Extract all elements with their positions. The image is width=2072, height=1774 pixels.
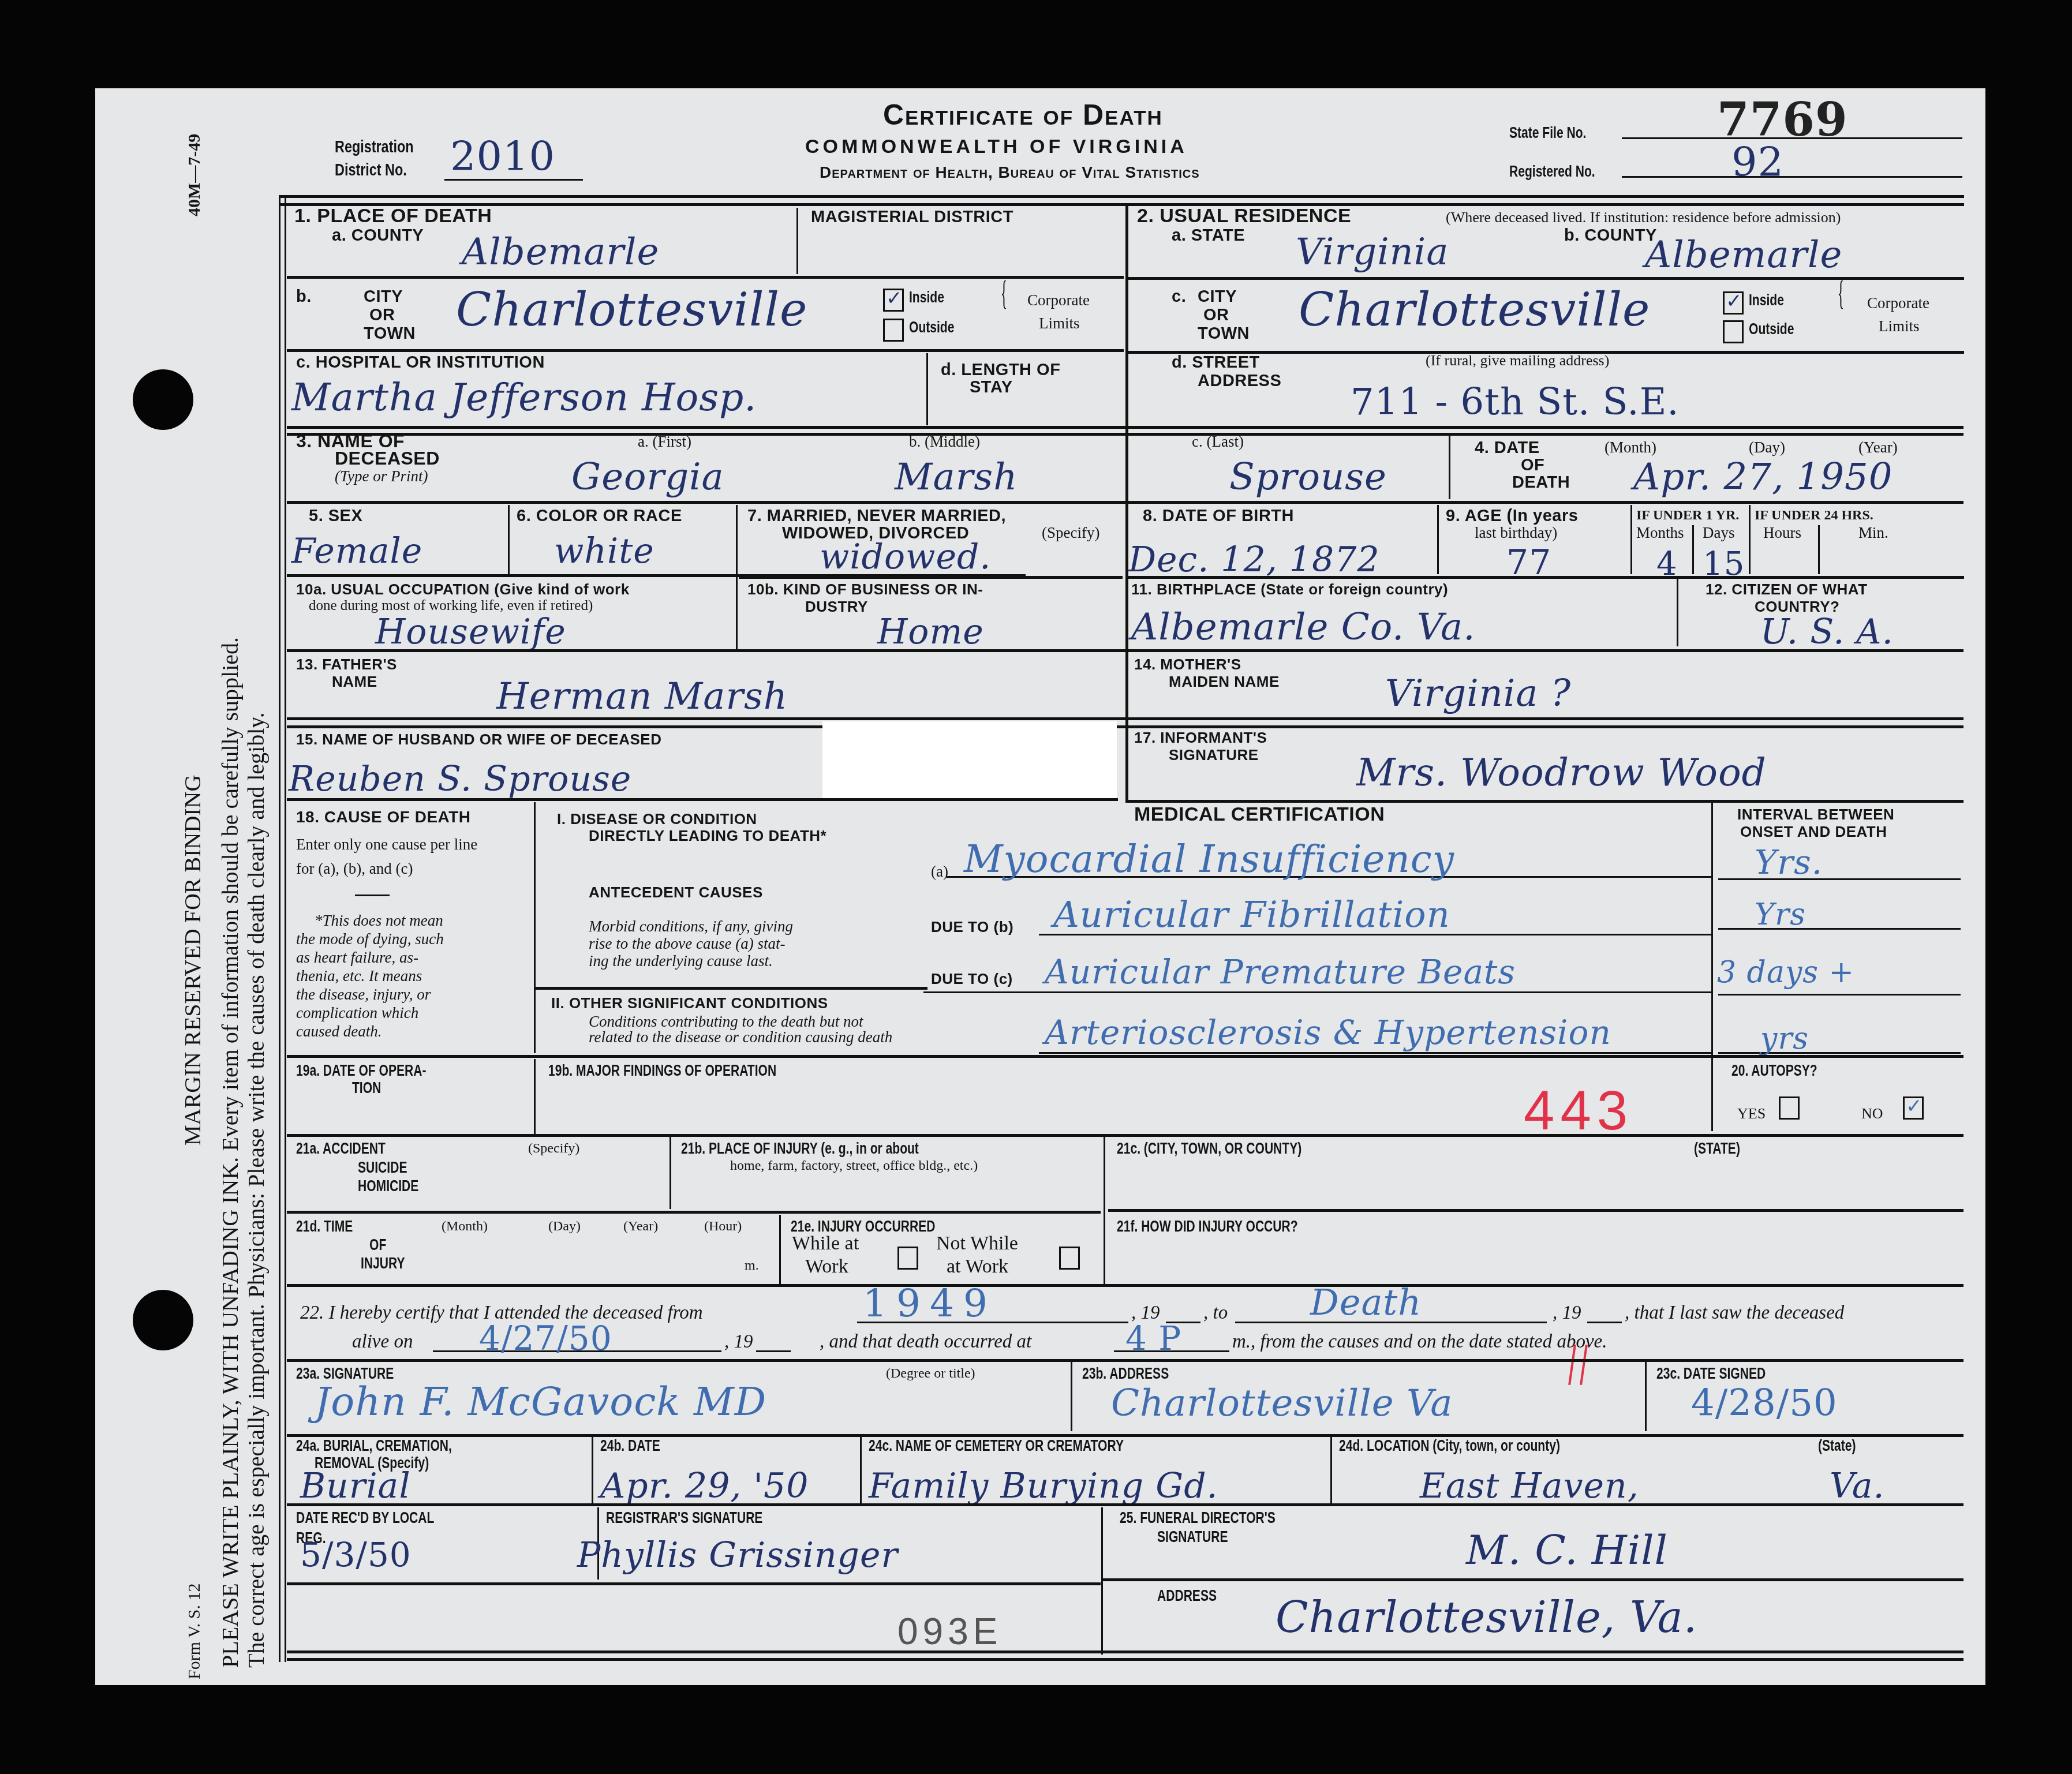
residence-outside-checkbox[interactable] xyxy=(1723,320,1744,343)
rule xyxy=(287,717,1963,720)
registration-label: Registration xyxy=(335,139,414,156)
brace: { xyxy=(1838,284,1845,301)
morbid-note: rise to the above cause (a) stat- xyxy=(589,935,785,952)
attended-to: Death xyxy=(1310,1281,1422,1323)
top-rule xyxy=(279,195,1964,198)
town-label: TOWN xyxy=(364,324,416,343)
first-name: Georgia xyxy=(571,456,724,499)
autopsy-yes-label: YES xyxy=(1737,1105,1766,1122)
burial-date: Apr. 29, '50 xyxy=(600,1466,809,1506)
medical-certification-heading: MEDICAL CERTIFICATION xyxy=(1134,805,1385,824)
other-conditions-label: II. OTHER SIGNIFICANT CONDITIONS xyxy=(551,994,828,1012)
informant-label: 17. INFORMANT'S xyxy=(1134,728,1267,747)
suicide-label: SUICIDE xyxy=(358,1159,407,1176)
underline xyxy=(1622,176,1962,178)
mother-maiden-name: Virginia ? xyxy=(1385,672,1571,715)
date-of-birth: Dec. 12, 1872 xyxy=(1128,540,1380,580)
year-label: (Year) xyxy=(623,1218,658,1235)
inside-checkbox[interactable]: ✓ xyxy=(883,289,904,312)
burial-state-label: (State) xyxy=(1818,1437,1856,1454)
divider xyxy=(1437,505,1439,574)
district-no-label: District No. xyxy=(335,162,407,179)
instruction-line-1: PLEASE WRITE PLAINLY, WITH UNFADING INK.… xyxy=(216,637,244,1668)
registrar-code: 093E xyxy=(897,1610,1002,1653)
divider xyxy=(534,802,536,1053)
last-saw-text: , that I last saw the deceased xyxy=(1625,1304,1844,1322)
divider xyxy=(1104,1137,1105,1284)
sex-label: 5. SEX xyxy=(309,507,362,525)
middle-name: Marsh xyxy=(895,456,1018,499)
divider xyxy=(1818,525,1820,574)
punch-hole xyxy=(133,369,193,430)
operation-date-label: 19a. DATE OF OPERA- xyxy=(296,1062,426,1079)
rule xyxy=(1587,1322,1622,1323)
outside-checkbox[interactable] xyxy=(883,319,904,342)
city-label-c: c. xyxy=(1172,287,1186,306)
day-label: (Day) xyxy=(548,1218,581,1235)
registrar-signature-label: REGISTRAR'S SIGNATURE xyxy=(606,1509,762,1526)
cause-of-death-label: 18. CAUSE OF DEATH xyxy=(296,808,471,826)
day-label: (Day) xyxy=(1749,439,1785,456)
spouse-name: Reuben S. Sprouse xyxy=(289,759,631,799)
date-received-label: DATE REC'D BY LOCAL xyxy=(296,1509,434,1526)
injury-state-label: (STATE) xyxy=(1694,1140,1740,1157)
while-at-work-checkbox[interactable] xyxy=(897,1247,918,1270)
outside-label: Outside xyxy=(909,319,954,336)
sex: Female xyxy=(291,531,422,571)
m-label: m. xyxy=(745,1257,759,1274)
divider xyxy=(796,208,798,274)
month-label: (Month) xyxy=(442,1218,488,1235)
funeral-director-signature: M. C. Hill xyxy=(1466,1526,1668,1574)
place-of-injury-label: 21b. PLACE OF INJURY (e. g., in or about xyxy=(681,1140,919,1157)
under-24-label: IF UNDER 24 HRS. xyxy=(1755,507,1873,524)
middle-name-label: b. (Middle) xyxy=(909,433,980,450)
antecedent-label: ANTECEDENT CAUSES xyxy=(589,883,763,901)
rule xyxy=(287,798,1118,801)
divider xyxy=(508,505,510,574)
father-name-label: NAME xyxy=(332,672,377,691)
rule xyxy=(756,1350,791,1352)
brace: { xyxy=(1001,284,1008,301)
not-while-label: Not While xyxy=(936,1235,1018,1252)
father-name: Herman Marsh xyxy=(496,675,788,718)
rule xyxy=(1102,1578,1963,1581)
date-received: 5/3/50 xyxy=(300,1535,412,1574)
marital-status: widowed. xyxy=(820,537,991,577)
morbid-note: Morbid conditions, if any, giving xyxy=(589,918,793,935)
months-label: Months xyxy=(1636,524,1684,541)
marital-label: 7. MARRIED, NEVER MARRIED, xyxy=(747,507,1006,525)
rule xyxy=(287,433,1963,436)
rule xyxy=(287,426,1963,429)
divider xyxy=(1749,505,1751,574)
first-name-label: a. (First) xyxy=(638,433,691,450)
funeral-signature-label: SIGNATURE xyxy=(1157,1528,1228,1545)
divider xyxy=(779,1215,781,1284)
time-of-injury-label: 21d. TIME xyxy=(296,1218,353,1235)
city-label: CITY xyxy=(1198,287,1237,306)
last-name: Sprouse xyxy=(1229,456,1387,499)
nineteen-text: , 19 xyxy=(724,1333,753,1350)
funeral-address-label: ADDRESS xyxy=(1157,1587,1217,1604)
death-label: DEATH xyxy=(1512,473,1570,492)
hospital-label: c. HOSPITAL OR INSTITUTION xyxy=(296,353,545,372)
cemetery-label: 24c. NAME OF CEMETERY OR CREMATORY xyxy=(869,1437,1124,1454)
specify-label: (Specify) xyxy=(1042,524,1099,541)
autopsy-yes-checkbox[interactable] xyxy=(1779,1096,1800,1120)
physician-address-label: 23b. ADDRESS xyxy=(1082,1365,1169,1382)
rule xyxy=(287,1359,1963,1362)
due-to-c-label: DUE TO (c) xyxy=(931,970,1013,988)
due-to-b-label: DUE TO (b) xyxy=(931,918,1013,936)
signature-label: SIGNATURE xyxy=(1169,746,1259,764)
place-county: Albemarle xyxy=(462,231,659,274)
city-label: CITY xyxy=(364,287,403,306)
state-label: a. STATE xyxy=(1172,226,1245,245)
dob-label: 8. DATE OF BIRTH xyxy=(1143,507,1294,525)
burial-location: East Haven, xyxy=(1420,1466,1639,1506)
inside-label: Inside xyxy=(1749,291,1784,309)
last-name-label: c. (Last) xyxy=(1192,433,1244,450)
state-file-label: State File No. xyxy=(1509,124,1586,141)
stamp-code: 443 xyxy=(1524,1079,1633,1143)
alive-on-text: alive on xyxy=(352,1333,413,1350)
cause-note: *This does not mean xyxy=(315,912,443,929)
type-or-print-label: (Type or Print) xyxy=(335,467,428,485)
days-label: Days xyxy=(1703,524,1735,541)
usual-residence-heading: 2. USUAL RESIDENCE xyxy=(1137,207,1351,225)
injury-city-label: 21c. (CITY, TOWN, OR COUNTY) xyxy=(1117,1140,1301,1157)
interval-label-2: ONSET AND DEATH xyxy=(1740,822,1887,841)
residence-county-label: b. COUNTY xyxy=(1564,226,1657,245)
nineteen-text: , 19 xyxy=(1553,1304,1581,1322)
citizenship: U. S. A. xyxy=(1760,612,1894,652)
maiden-name-label: MAIDEN NAME xyxy=(1169,672,1280,691)
father-label: 13. FATHER'S xyxy=(296,655,397,673)
divider xyxy=(926,353,928,425)
rule xyxy=(287,1434,1963,1437)
residence-inside-checkbox[interactable]: ✓ xyxy=(1723,291,1744,315)
death-occurred-text: , and that death occurred at xyxy=(820,1333,1031,1350)
of-label: OF xyxy=(369,1236,386,1253)
funeral-address: Charlottesville, Va. xyxy=(1276,1593,1697,1642)
divider xyxy=(1449,436,1450,499)
autopsy-no-label: NO xyxy=(1861,1105,1883,1122)
certificate-title: Certificate of Death xyxy=(883,98,1163,132)
rule xyxy=(287,725,1963,728)
divider xyxy=(1645,1362,1647,1431)
birthplace-label: 11. BIRTHPLACE (State or foreign country… xyxy=(1131,580,1448,598)
cemetery-name: Family Burying Gd. xyxy=(869,1466,1218,1506)
redaction-block xyxy=(822,721,1117,799)
limits-label: Limits xyxy=(1879,317,1920,335)
rule xyxy=(287,1055,1963,1058)
morbid-note: ing the underlying cause last. xyxy=(589,952,773,970)
form-border-left xyxy=(285,196,286,1662)
punch-hole xyxy=(133,1290,193,1350)
divider xyxy=(1071,1362,1072,1431)
hours-label: Hours xyxy=(1763,524,1801,541)
city-label-b: b. xyxy=(296,287,312,306)
occupation: Housewife xyxy=(375,612,566,652)
how-injury-label: 21f. HOW DID INJURY OCCUR? xyxy=(1117,1218,1298,1235)
divider xyxy=(1330,1437,1332,1503)
operation-findings-label: 19b. MAJOR FINDINGS OF OPERATION xyxy=(548,1062,776,1079)
hospital: Martha Jefferson Hosp. xyxy=(291,375,757,420)
town-label: TOWN xyxy=(1198,324,1250,343)
divider xyxy=(736,505,738,649)
interval-label: INTERVAL BETWEEN xyxy=(1737,805,1894,824)
rule xyxy=(287,1211,1101,1214)
commonwealth-title: COMMONWEALTH OF VIRGINIA xyxy=(805,136,1188,158)
address-label: ADDRESS xyxy=(1198,372,1281,390)
specify-label: (Specify) xyxy=(528,1140,579,1157)
cause-line-b: Auricular Fibrillation xyxy=(1053,893,1450,935)
divider xyxy=(534,1059,536,1134)
burial-state: Va. xyxy=(1830,1466,1885,1506)
interval-c: 3 days + xyxy=(1717,955,1854,990)
time-of-death: 4 P xyxy=(1125,1319,1181,1358)
cause-instruction: for (a), (b), and (c) xyxy=(296,860,413,877)
business-label: 10b. KIND OF BUSINESS OR IN- xyxy=(747,580,983,598)
date-of-death: Apr. 27, 1950 xyxy=(1633,456,1893,499)
operation-date-label-2: TION xyxy=(352,1079,381,1096)
date-of-death-label: 4. DATE xyxy=(1475,439,1540,457)
autopsy-label: 20. AUTOPSY? xyxy=(1731,1062,1817,1079)
registered-no-label: Registered No. xyxy=(1509,163,1595,180)
mother-label: 14. MOTHER'S xyxy=(1134,655,1241,673)
check-icon: ✓ xyxy=(1906,1095,1923,1118)
rule xyxy=(535,987,927,990)
place-city: Charlottesville xyxy=(456,283,807,336)
interval-b: Yrs xyxy=(1755,897,1806,932)
not-while-at-work-checkbox[interactable] xyxy=(1059,1247,1080,1270)
check-icon: ✓ xyxy=(1726,290,1742,313)
magisterial-label: MAGISTERIAL DISTRICT xyxy=(811,208,1013,226)
place-of-injury-note: home, farm, factory, street, office bldg… xyxy=(730,1157,978,1174)
stay-label-2: STAY xyxy=(970,378,1013,396)
interval-other: yrs xyxy=(1760,1021,1809,1056)
age-label-2: last birthday) xyxy=(1475,524,1557,541)
rule xyxy=(287,501,1963,504)
causes-stated-text: m., from the causes and on the date stat… xyxy=(1232,1333,1607,1350)
burial-date-label: 24b. DATE xyxy=(600,1437,660,1454)
divider xyxy=(1630,505,1632,574)
line-c-rule xyxy=(923,991,1711,993)
residence-street: 711 - 6th St. S.E. xyxy=(1351,381,1680,424)
outside-label: Outside xyxy=(1749,320,1794,338)
top-rule xyxy=(279,203,1964,206)
form-number: Form V. S. 12 xyxy=(185,1584,204,1679)
rule xyxy=(287,1284,1963,1287)
date-signed-label: 23c. DATE SIGNED xyxy=(1656,1365,1766,1382)
of-label: OF xyxy=(1521,456,1544,474)
race: white xyxy=(554,531,654,571)
short-rule xyxy=(355,895,390,896)
divider xyxy=(592,1437,593,1503)
burial-location-label: 24d. LOCATION (City, town, or county) xyxy=(1339,1437,1560,1454)
autopsy-no-checkbox[interactable]: ✓ xyxy=(1903,1096,1924,1120)
degree-label: (Degree or title) xyxy=(886,1365,975,1382)
to-text: , to xyxy=(1203,1304,1228,1322)
injury-label: INJURY xyxy=(361,1255,405,1272)
cause-note: the mode of dying, such xyxy=(296,930,444,948)
other-conditions: Arteriosclerosis & Hypertension xyxy=(1045,1013,1611,1052)
attended-from: 1949 xyxy=(863,1281,997,1326)
occupation-label: 10a. USUAL OCCUPATION (Give kind of work xyxy=(296,580,630,598)
inside-label: Inside xyxy=(909,289,944,306)
registration-district-no: 2010 xyxy=(450,133,555,180)
deceased-label: DECEASED xyxy=(335,449,440,467)
informant-signature: Mrs. Woodrow Wood xyxy=(1356,750,1767,795)
citizen-label: 12. CITIZEN OF WHAT xyxy=(1706,580,1868,598)
cause-note: complication which xyxy=(296,1004,418,1021)
burial-method: Burial xyxy=(300,1466,411,1506)
bottom-rule xyxy=(287,1658,1963,1661)
hour-label: (Hour) xyxy=(704,1218,742,1235)
street-note: (If rural, give mailing address) xyxy=(1426,352,1609,369)
interval-c-rule xyxy=(1718,994,1961,995)
birthplace: Albemarle Co. Va. xyxy=(1131,606,1476,649)
line-other-rule xyxy=(1039,1052,1711,1054)
rule xyxy=(287,649,1963,652)
rule xyxy=(739,576,1123,579)
other-note: related to the disease or condition caus… xyxy=(589,1028,892,1046)
department-title: Department of Health, Bureau of Vital St… xyxy=(820,163,1200,182)
physician-signature: John F. McGavock MD xyxy=(315,1379,766,1425)
residence-county: Albemarle xyxy=(1645,234,1842,276)
interval-a: Yrs. xyxy=(1755,843,1823,882)
residence-city: Charlottesville xyxy=(1299,283,1650,336)
cause-note: as heart failure, as- xyxy=(296,949,418,966)
disease-label-2: DIRECTLY LEADING TO DEATH* xyxy=(589,826,826,845)
corporate-label: Corporate xyxy=(1027,291,1090,309)
interval-other-rule xyxy=(1718,1052,1961,1054)
binding-note: MARGIN RESERVED FOR BINDING xyxy=(179,775,206,1146)
residence-note: (Where deceased lived. If institution: r… xyxy=(1446,209,1841,226)
bottom-rule xyxy=(287,1651,1963,1653)
place-of-death-heading: 1. PLACE OF DEATH xyxy=(294,207,492,225)
other-note: Conditions contributing to the death but… xyxy=(589,1013,863,1030)
spouse-label: 15. NAME OF HUSBAND OR WIFE OF DECEASED xyxy=(296,730,661,748)
divider xyxy=(670,1137,671,1209)
funeral-director-label: 25. FUNERAL DIRECTOR'S xyxy=(1120,1509,1276,1526)
homicide-label: HOMICIDE xyxy=(358,1177,418,1195)
work-label: Work xyxy=(805,1258,848,1275)
rule xyxy=(287,276,1124,279)
or-label: OR xyxy=(369,306,395,324)
rule xyxy=(1108,1209,1963,1212)
date-signed: 4/28/50 xyxy=(1691,1382,1838,1425)
month-label: (Month) xyxy=(1605,439,1656,456)
race-label: 6. COLOR OR RACE xyxy=(517,507,682,525)
divider xyxy=(1677,577,1678,646)
cause-note: the disease, injury, or xyxy=(296,986,431,1003)
cause-note: thenia, etc. It means xyxy=(296,967,422,985)
dustry-label: DUSTRY xyxy=(805,597,868,616)
cause-line-a: Myocardial Insufficiency xyxy=(964,837,1454,881)
or-label: OR xyxy=(1203,306,1229,324)
rule xyxy=(1125,800,1963,803)
rule xyxy=(1127,576,1964,579)
rule xyxy=(287,1503,1963,1506)
limits-label: Limits xyxy=(1039,315,1080,332)
check-icon: ✓ xyxy=(886,287,903,310)
divider xyxy=(860,1437,862,1503)
min-label: Min. xyxy=(1858,524,1888,541)
line-a-label: (a) xyxy=(931,863,948,880)
stay-label: d. LENGTH OF xyxy=(941,361,1060,379)
cause-line-c: Auricular Premature Beats xyxy=(1045,952,1516,991)
form-code: 40M—7-49 xyxy=(185,134,204,216)
registrar-signature: Phyllis Grissinger xyxy=(577,1535,898,1575)
disease-label: I. DISEASE OR CONDITION xyxy=(557,810,757,828)
corporate-label: Corporate xyxy=(1867,294,1929,312)
under-1-label: IF UNDER 1 YR. xyxy=(1636,507,1739,524)
rule xyxy=(287,349,1124,352)
last-seen-alive: 4/27/50 xyxy=(479,1319,612,1358)
divider xyxy=(1692,525,1694,574)
burial-method-label: 24a. BURIAL, CREMATION, xyxy=(296,1437,452,1454)
cause-instruction: Enter only one cause per line xyxy=(296,836,477,853)
form-border-left xyxy=(279,196,280,1662)
year-label: (Year) xyxy=(1858,439,1898,456)
business: Home xyxy=(877,612,984,652)
divider xyxy=(1711,802,1713,1131)
registered-no: 92 xyxy=(1731,139,1784,186)
street-label: d. STREET xyxy=(1172,353,1260,372)
county-label: a. COUNTY xyxy=(332,226,424,245)
rule xyxy=(287,1582,1101,1585)
physician-address: Charlottesville Va xyxy=(1111,1382,1453,1425)
instruction-line-2: The correct age is especially important.… xyxy=(242,712,270,1668)
at-work-label: at Work xyxy=(947,1258,1008,1275)
age-label: 9. AGE (In years xyxy=(1446,507,1578,525)
accident-label: 21a. ACCIDENT xyxy=(296,1140,386,1157)
rule xyxy=(287,1134,1963,1137)
residence-state: Virginia xyxy=(1296,231,1449,274)
while-at-work-label: While at xyxy=(792,1235,859,1252)
cause-note: caused death. xyxy=(296,1023,382,1040)
